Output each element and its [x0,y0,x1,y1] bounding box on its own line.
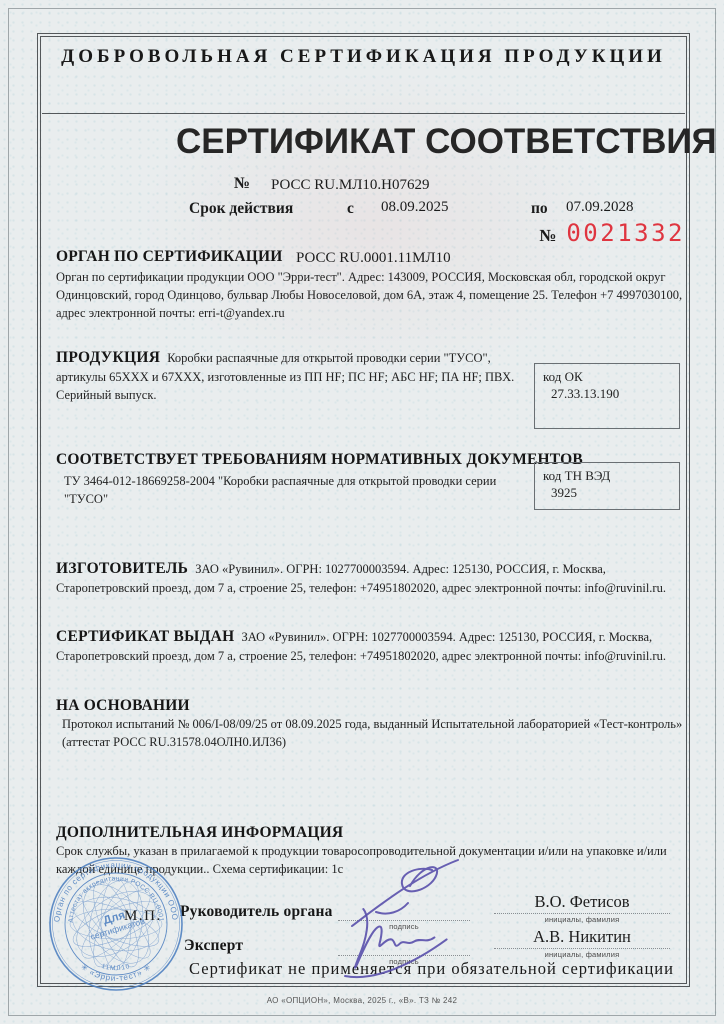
blank-serial-number: № 0021332 [539,219,685,247]
ok-code-label: код ОК [543,369,671,386]
ok-code-value: 27.33.13.190 [551,386,671,403]
validity-from-date: 08.09.2025 [381,199,449,216]
head-name-caption: инициалы, фамилия [494,914,670,924]
cert-number-value: РОСС RU.МЛ10.Н07629 [271,177,429,194]
expert-name-caption: инициалы, фамилия [494,949,670,959]
manufacturer-label: ИЗГОТОВИТЕЛЬ [56,560,188,577]
seal-place-mark: М.П. [124,908,162,925]
manufacturer-section: ИЗГОТОВИТЕЛЬЗАО «Рувинил». ОГРН: 1027700… [56,558,686,598]
head-name-block: В.О. Фетисов инициалы, фамилия [494,892,670,924]
ok-code-box: код ОК 27.33.13.190 [534,363,680,429]
basis-label: НА ОСНОВАНИИ [56,697,190,715]
header-divider [42,113,685,114]
certification-body-text: Орган по сертификации продукции ООО "Эрр… [56,269,684,322]
certificate-frame: ДОБРОВОЛЬНАЯ СЕРТИФИКАЦИЯ ПРОДУКЦИИ СЕРТ… [37,33,690,987]
issued-to-label: СЕРТИФИКАТ ВЫДАН [56,628,235,645]
head-role-label: Руководитель органа [180,903,333,921]
certification-body-label: ОРГАН ПО СЕРТИФИКАЦИИ [56,248,283,266]
expert-name: А.В. Никитин [494,927,670,949]
cert-number-label: № [234,175,250,193]
blank-serial-number-label: № [539,226,556,246]
certification-body-number: РОСС RU.0001.11МЛ10 [296,250,451,267]
print-info: АО «ОПЦИОН», Москва, 2025 г., «В». ТЗ № … [0,996,724,1005]
issued-to-section: СЕРТИФИКАТ ВЫДАНЗАО «Рувинил». ОГРН: 102… [56,626,686,666]
conformity-text: ТУ 3464-012-18669258-2004 "Коробки распа… [64,473,528,509]
tnved-code-label: код ТН ВЭД [543,468,671,485]
validity-to-label: по [531,200,548,218]
conformity-label: СООТВЕТСТВУЕТ ТРЕБОВАНИЯМ НОРМАТИВНЫХ ДО… [56,451,583,469]
product-section: ПРОДУКЦИЯКоробки распаячные для открытой… [56,347,528,405]
header-band-title: ДОБРОВОЛЬНАЯ СЕРТИФИКАЦИЯ ПРОДУКЦИИ [38,46,689,68]
validity-to-date: 07.09.2028 [566,199,634,216]
document-title: СЕРТИФИКАТ СООТВЕТСТВИЯ [176,122,685,162]
blank-serial-number-value: 0021332 [566,219,685,247]
svg-text:11МЛ10: 11МЛ10 [101,963,132,972]
expert-name-block: А.В. Никитин инициалы, фамилия [494,927,670,959]
product-label: ПРОДУКЦИЯ [56,349,160,366]
validity-from-label: с [347,200,354,218]
head-name: В.О. Фетисов [494,892,670,914]
tnved-code-value: 3925 [551,485,671,502]
basis-text: Протокол испытаний № 006/I-08/09/25 от 0… [62,716,688,752]
validity-label: Срок действия [189,200,293,218]
expert-signature-icon [341,896,473,984]
stamp-inner-text-bottom: 11МЛ10 [101,963,132,972]
expert-role-label: Эксперт [184,937,243,955]
tnved-code-box: код ТН ВЭД 3925 [534,462,680,510]
additional-info-label: ДОПОЛНИТЕЛЬНАЯ ИНФОРМАЦИЯ [56,824,343,842]
certificate-page: ДОБРОВОЛЬНАЯ СЕРТИФИКАЦИЯ ПРОДУКЦИИ СЕРТ… [0,0,724,1024]
certification-stamp-icon: Орган по сертификации продукции ООО ✳ «Э… [46,854,186,994]
